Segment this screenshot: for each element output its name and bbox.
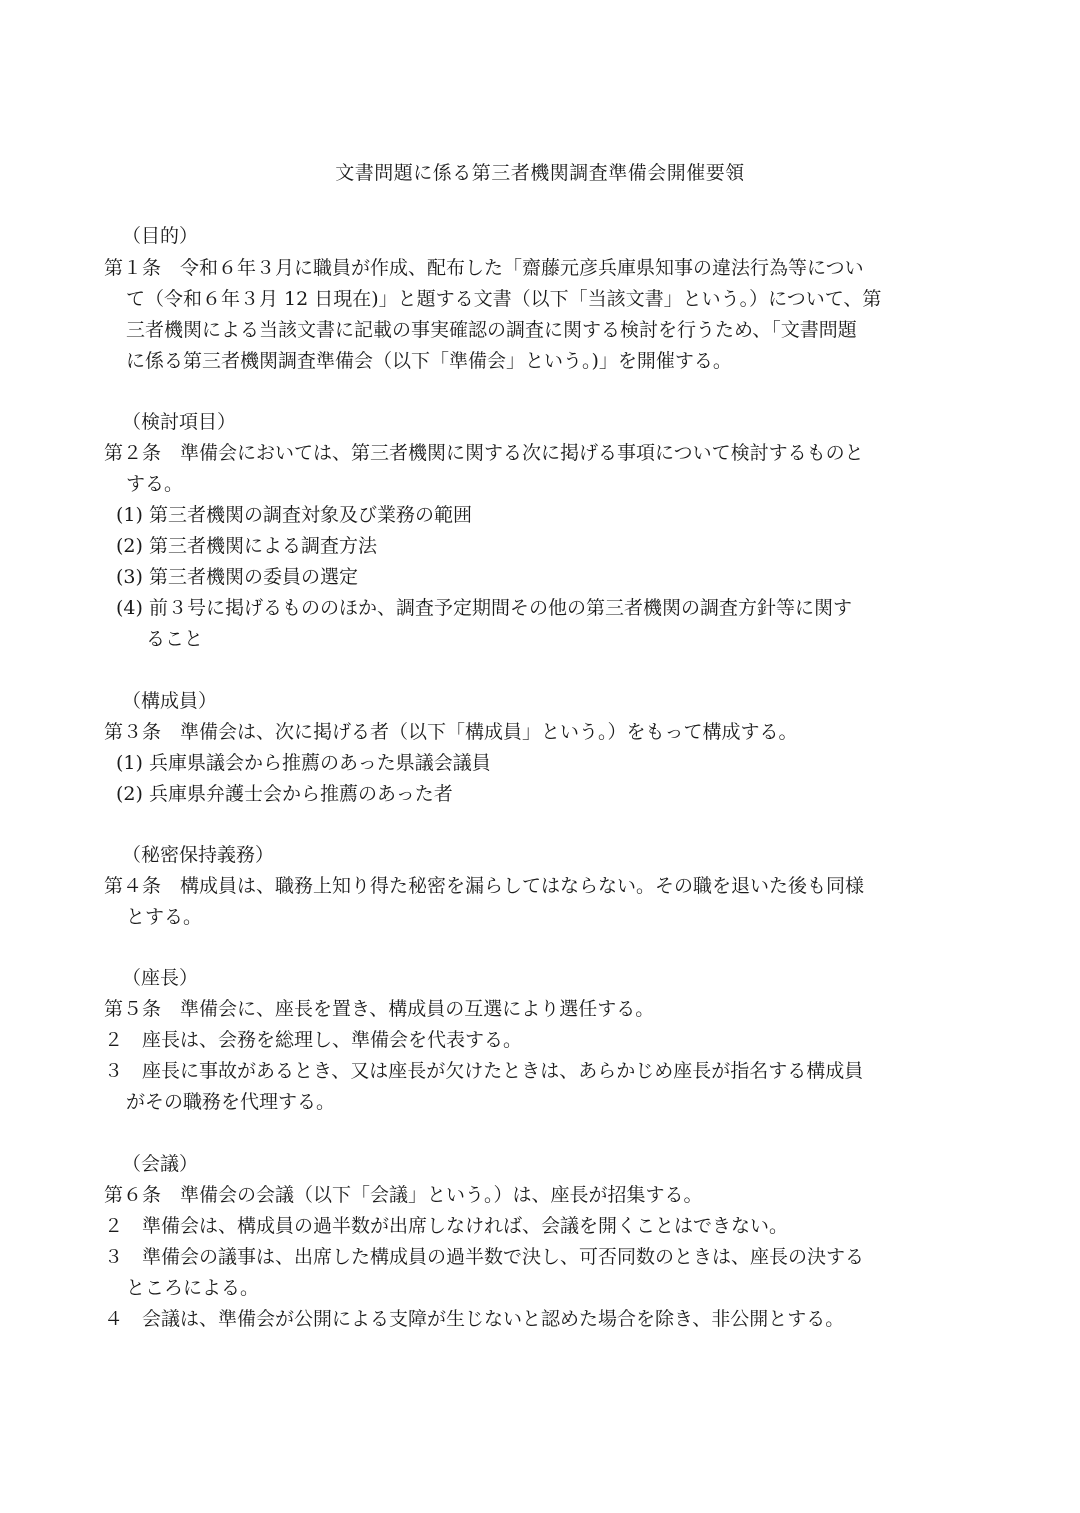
article-6-paragraph: ２ 準備会は、構成員の過半数が出席しなければ、会議を開くことはできない。 <box>104 1214 788 1238</box>
article-2-item: (2) 第三者機関による調査方法 <box>116 534 377 558</box>
article-5-paragraph: ３ 座長に事故があるとき、又は座長が欠けたときは、あらかじめ座長が指名する構成員 <box>104 1059 863 1083</box>
article-3-item: (2) 兵庫県弁護士会から推薦のあった者 <box>116 782 453 806</box>
article-2-item: (4) 前３号に掲げるもののほか、調査予定期間その他の第三者機関の調査方針等に関… <box>116 596 852 620</box>
article-2-line: する。 <box>126 472 183 496</box>
article-6-paragraph: ４ 会議は、準備会が公開による支障が生じないと認めた場合を除き、非公開とする。 <box>104 1307 844 1331</box>
article-3-heading: （構成員） <box>122 689 217 713</box>
article-6-paragraph: ３ 準備会の議事は、出席した構成員の過半数で決し、可否同数のときは、座長の決する <box>104 1245 864 1269</box>
article-1-line: 第１条 令和６年３月に職員が作成、配布した「齋藤元彦兵庫県知事の違法行為等につい <box>104 256 864 280</box>
article-3-line: 第３条 準備会は、次に掲げる者（以下「構成員」という。）をもって構成する。 <box>104 720 798 744</box>
article-6-paragraph-continuation: ところによる。 <box>126 1276 259 1300</box>
article-5-paragraph: ２ 座長は、会務を総理し、準備会を代表する。 <box>104 1028 522 1052</box>
article-6-heading: （会議） <box>122 1152 198 1176</box>
article-5-paragraph-continuation: がその職務を代理する。 <box>126 1090 335 1114</box>
article-6-line: 第６条 準備会の会議（以下「会議」という。）は、座長が招集する。 <box>104 1183 703 1207</box>
article-1-line: に係る第三者機関調査準備会（以下「準備会」という。)」を開催する。 <box>126 349 732 373</box>
article-2-item: (1) 第三者機関の調査対象及び業務の範囲 <box>116 503 472 527</box>
article-4-heading: （秘密保持義務） <box>122 843 274 867</box>
article-4-line: 第４条 構成員は、職務上知り得た秘密を漏らしてはならない。その職を退いた後も同様 <box>104 874 864 898</box>
article-2-item-continuation: ること <box>146 627 203 651</box>
article-1-line: て（令和６年３月 12 日現在)」と題する文書（以下「当該文書」という。）につい… <box>126 287 881 311</box>
article-2-item: (3) 第三者機関の委員の選定 <box>116 565 358 589</box>
article-1-heading: （目的） <box>122 224 198 248</box>
article-2-heading: （検討項目） <box>122 410 236 434</box>
article-2-line: 第２条 準備会においては、第三者機関に関する次に掲げる事項について検討するものと <box>104 441 864 465</box>
article-5-heading: （座長） <box>122 966 198 990</box>
article-3-item: (1) 兵庫県議会から推薦のあった県議会議員 <box>116 751 491 775</box>
document-title: 文書問題に係る第三者機関調査準備会開催要領 <box>0 158 1080 185</box>
article-4-line: とする。 <box>126 905 202 929</box>
article-5-line: 第５条 準備会に、座長を置き、構成員の互選により選任する。 <box>104 997 654 1021</box>
article-1-line: 三者機関による当該文書に記載の事実確認の調査に関する検討を行うため、「文書問題 <box>126 318 857 342</box>
